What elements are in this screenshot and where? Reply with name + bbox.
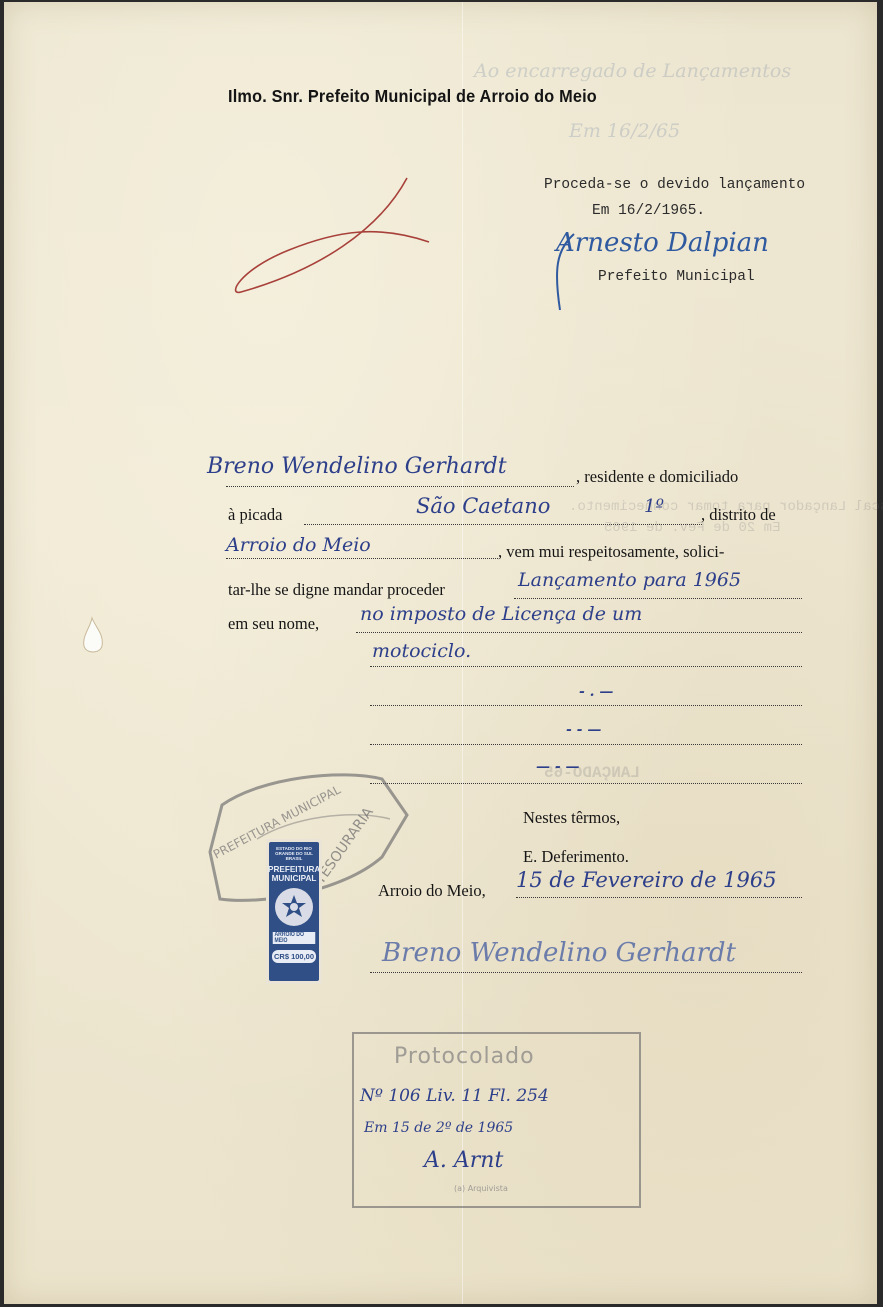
blank-line-mark: - - —	[566, 722, 601, 738]
continuation-field-line	[370, 666, 802, 667]
revenue-stamp: ESTADO DO RIO GRANDE DO SUL BRASIL PREFE…	[266, 839, 322, 984]
revenue-stamp-state: ESTADO DO RIO GRANDE DO SUL BRASIL	[269, 846, 319, 861]
petition-text: , distrito de	[701, 505, 776, 525]
request-field[interactable]: Lançamento para 1965	[518, 569, 741, 591]
protocol-number: Nº 106 Liv. 11 Fl. 254	[360, 1086, 549, 1106]
mayor-signature: Arnesto Dalpian	[556, 228, 769, 258]
protocol-title: Protocolado	[394, 1044, 535, 1069]
bleed-through-note: Ao encarregado de Lançamentos	[474, 60, 791, 82]
blank-line-mark: — - —	[536, 759, 580, 775]
revenue-stamp-city: ARROIO DO MEIO	[273, 932, 316, 944]
picada-mark: 1º	[644, 496, 664, 517]
revenue-stamp-value: CR$ 100,00	[272, 950, 316, 963]
protocol-footer: (a) Arquivista	[454, 1184, 508, 1193]
name-label: em seu nome,	[228, 614, 319, 634]
blank-field-line	[370, 744, 802, 745]
petition-text: , vem mui respeitosamente, solici-	[498, 542, 724, 562]
picada-field[interactable]: São Caetano	[416, 494, 550, 518]
date-field[interactable]: 15 de Fevereiro de 1965	[516, 868, 777, 892]
picada-field-line	[304, 524, 702, 525]
blank-field-line	[370, 705, 802, 706]
closing-line: Nestes têrmos,	[523, 808, 620, 828]
place-label: Arroio do Meio,	[378, 881, 486, 901]
district-field-line	[226, 558, 498, 559]
request-label: tar-lhe se digne mandar proceder	[228, 580, 445, 600]
blank-line-mark: - . —	[579, 684, 613, 700]
protocol-date: Em 15 de 2º de 1965	[364, 1120, 513, 1136]
continuation-field[interactable]: motociclo.	[372, 640, 471, 662]
dispatch-date: Em 16/2/1965.	[592, 203, 705, 219]
dispatch-instruction: Proceda-se o devido lançamento	[544, 177, 805, 193]
page-title: Ilmo. Snr. Prefeito Municipal de Arroio …	[228, 86, 597, 107]
purpose-field[interactable]: no imposto de Licença de um	[360, 603, 642, 625]
request-field-line	[514, 598, 802, 599]
document-page: Ao encarregado de Lançamentos Em 16/2/65…	[4, 2, 877, 1304]
protocol-stamp: Protocolado Nº 106 Liv. 11 Fl. 254 Em 15…	[352, 1032, 641, 1208]
protocol-signature: A. Arnt	[424, 1148, 503, 1173]
red-check-mark-icon	[229, 170, 439, 300]
signature-flourish-icon	[552, 230, 582, 315]
bleed-through-date: Em 16/2/65	[569, 120, 680, 142]
picada-label: à picada	[228, 505, 283, 525]
dispatch-title: Prefeito Municipal	[598, 269, 755, 285]
revenue-stamp-title: PREFEITURA MUNICIPAL	[268, 865, 320, 883]
district-field[interactable]: Arroio do Meio	[226, 534, 371, 556]
applicant-name-field[interactable]: Breno Wendelino Gerhardt	[207, 454, 507, 479]
signature-field-line	[370, 972, 802, 973]
date-field-line	[516, 897, 802, 898]
name-field-line	[226, 486, 574, 487]
blank-field-line	[370, 783, 802, 784]
closing-line: E. Deferimento.	[523, 847, 629, 867]
coat-of-arms-icon	[275, 888, 313, 926]
name-purpose-field-line	[356, 632, 802, 633]
applicant-signature: Breno Wendelino Gerhardt	[382, 938, 736, 968]
punch-hole-icon	[78, 614, 110, 664]
petition-text: , residente e domiciliado	[576, 467, 738, 487]
